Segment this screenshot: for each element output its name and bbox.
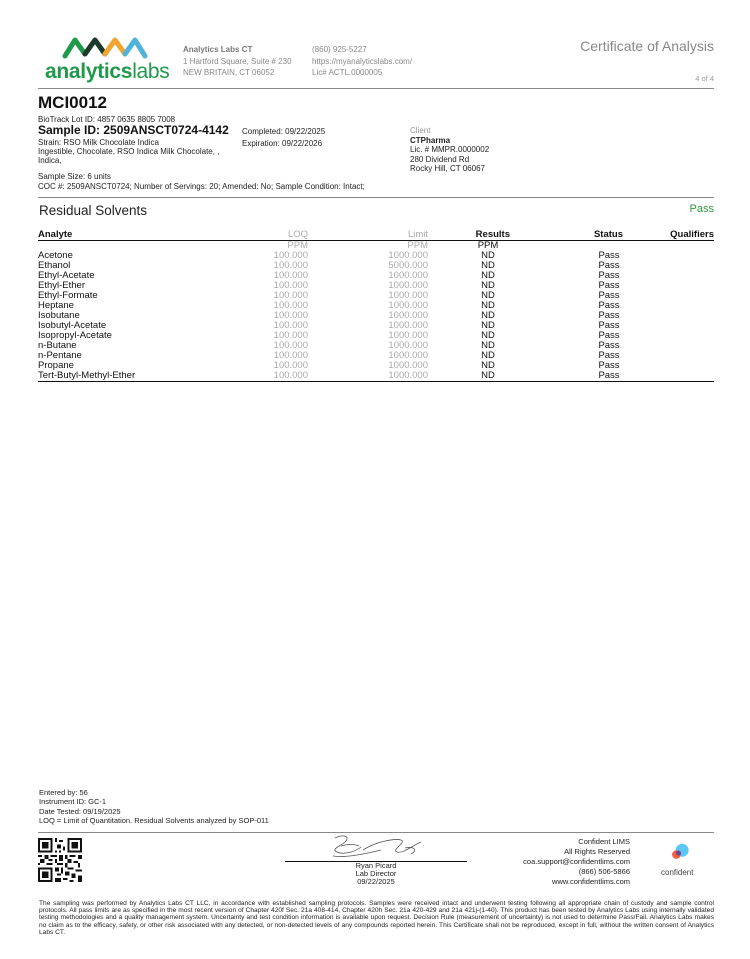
lab-license: Lic# ACTL.0000005	[312, 67, 412, 79]
header-loq: LOQ	[243, 229, 308, 241]
section-title: Residual Solvents	[39, 203, 147, 218]
strain-info: Strain: RSO Milk Chocolate Indica Ingest…	[38, 138, 253, 165]
qr-code-icon[interactable]	[38, 837, 82, 883]
analyte-cell: Tert-Butyl-Methyl-Ether	[38, 371, 243, 382]
loq-note: LOQ = Limit of Quantitation. Residual So…	[39, 816, 269, 825]
table-header-row: Analyte LOQ Limit Results Status Qualifi…	[38, 229, 714, 241]
result-cell: ND	[428, 251, 510, 261]
signature-date: 09/22/2025	[285, 878, 467, 886]
result-cell: ND	[428, 291, 510, 301]
confident-logo-icon	[660, 843, 700, 869]
result-cell: ND	[428, 371, 510, 382]
result-cell: ND	[428, 261, 510, 271]
category-line2: Indica,	[38, 156, 253, 165]
qualifiers-cell	[638, 371, 714, 382]
table-row: Tert-Butyl-Methyl-Ether100.0001000.000ND…	[38, 371, 714, 382]
qualifiers-cell	[638, 361, 714, 371]
qualifiers-cell	[638, 281, 714, 291]
client-address-line1: 280 Dividend Rd	[410, 155, 489, 165]
qualifiers-cell	[638, 331, 714, 341]
signer-info: Ryan Picard Lab Director 09/22/2025	[285, 862, 467, 886]
test-notes: Entered by: 56 Instrument ID: GC-1 Date …	[39, 788, 269, 825]
qualifiers-cell	[638, 341, 714, 351]
logo-word-bold: analytics	[45, 60, 132, 83]
lims-website-link[interactable]: www.confidentlims.com	[523, 877, 630, 887]
lab-address-line2: NEW BRITAIN, CT 06052	[183, 67, 292, 79]
result-cell: ND	[428, 341, 510, 351]
result-cell: ND	[428, 351, 510, 361]
qualifiers-cell	[638, 351, 714, 361]
client-license: Lic. # MMPR.0000002	[410, 145, 489, 155]
section-divider	[38, 197, 714, 198]
result-cell: ND	[428, 361, 510, 371]
lab-info: Analytics Labs CT 1 Hartford Square, Sui…	[183, 44, 292, 79]
instrument-id: Instrument ID: GC-1	[39, 797, 269, 806]
lims-email-link[interactable]: coa.support@confidentlims.com	[523, 857, 630, 867]
qualifiers-cell	[638, 271, 714, 281]
overall-status-badge: Pass	[690, 203, 714, 215]
logo-wordmark: analyticslabs	[45, 60, 170, 84]
lims-rights: All Rights Reserved	[523, 847, 630, 857]
status-cell: Pass	[510, 371, 638, 382]
date-tested: Date Tested: 09/19/2025	[39, 807, 269, 816]
lab-address-line1: 1 Hartford Square, Suite # 230	[183, 56, 292, 68]
header-limit: Limit	[308, 229, 428, 241]
qualifiers-cell	[638, 261, 714, 271]
sample-size: Sample Size: 6 units	[38, 172, 365, 182]
lims-name: Confident LIMS	[523, 837, 630, 847]
analytics-labs-logo: analyticslabs	[45, 34, 170, 86]
qualifiers-cell	[638, 291, 714, 301]
qualifiers-cell	[638, 321, 714, 331]
logo-word-light: labs	[132, 60, 169, 83]
document-title: Certificate of Analysis	[580, 38, 714, 54]
disclaimer-text: The sampling was performed by Analytics …	[39, 900, 714, 936]
header-qualifiers: Qualifiers	[638, 229, 714, 241]
completed-date: Completed: 09/22/2025	[242, 126, 325, 138]
category-line1: Ingestible, Chocolate, RSO Indica Milk C…	[38, 147, 253, 156]
sample-id: Sample ID: 2509ANSCT0724-4142	[38, 123, 229, 137]
confident-logo-text: confident	[661, 868, 693, 877]
units-qualifiers	[638, 241, 714, 252]
limit-cell: 1000.000	[308, 371, 428, 382]
lims-phone: (866) 506-5866	[523, 867, 630, 877]
qualifiers-cell	[638, 311, 714, 321]
header-divider	[38, 88, 714, 89]
sample-details: Sample Size: 6 units COC #: 2509ANSCT072…	[38, 172, 365, 191]
lab-website-link[interactable]: https://myanalyticslabs.com/	[312, 56, 412, 68]
page-number: 4 of 4	[695, 74, 714, 83]
lab-phone: (860) 925-5227	[312, 44, 412, 56]
lims-info: Confident LIMS All Rights Reserved coa.s…	[523, 837, 630, 887]
entered-by: Entered by: 56	[39, 788, 269, 797]
expiration-date: Expiration: 09/22/2026	[242, 138, 325, 150]
result-cell: ND	[428, 271, 510, 281]
product-code: MCI0012	[38, 93, 107, 113]
result-cell: ND	[428, 281, 510, 291]
client-label: Client	[410, 126, 489, 136]
lab-contact: (860) 925-5227 https://myanalyticslabs.c…	[312, 44, 412, 79]
qualifiers-cell	[638, 251, 714, 261]
result-cell: ND	[428, 311, 510, 321]
result-cell: ND	[428, 321, 510, 331]
header-status: Status	[510, 229, 638, 241]
client-address-line2: Rocky Hill, CT 06067	[410, 164, 489, 174]
signature-icon	[285, 832, 467, 862]
client-name: CTPharma	[410, 136, 489, 146]
qualifiers-cell	[638, 301, 714, 311]
client-info: Client CTPharma Lic. # MMPR.0000002 280 …	[410, 126, 489, 174]
residual-solvents-table: Analyte LOQ Limit Results Status Qualifi…	[38, 229, 714, 382]
header-analyte: Analyte	[38, 229, 243, 241]
result-cell: ND	[428, 331, 510, 341]
lab-name: Analytics Labs CT	[183, 44, 292, 56]
sample-dates: Completed: 09/22/2025 Expiration: 09/22/…	[242, 126, 325, 149]
loq-cell: 100.000	[243, 371, 308, 382]
strain: Strain: RSO Milk Chocolate Indica	[38, 138, 253, 147]
coc-info: COC #: 2509ANSCT0724; Number of Servings…	[38, 182, 365, 192]
header-results: Results	[428, 229, 510, 241]
units-results: PPM	[428, 241, 510, 252]
result-cell: ND	[428, 301, 510, 311]
analytics-labs-mountain-logo-icon	[61, 34, 161, 60]
